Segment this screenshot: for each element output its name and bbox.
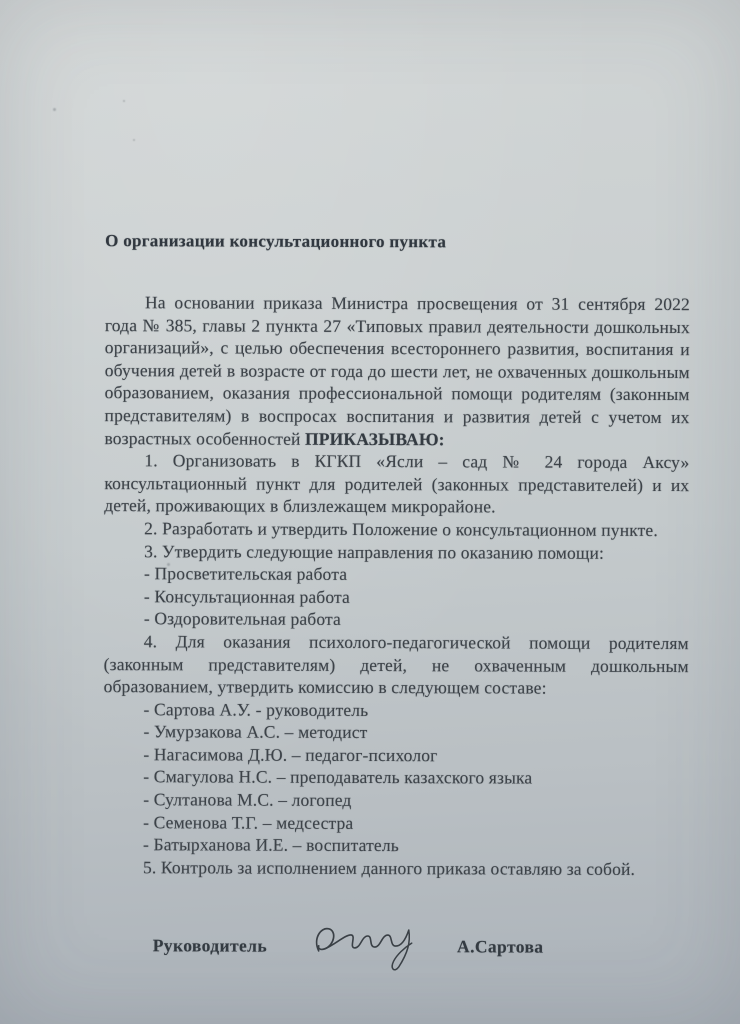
order-item-2: 2. Разработать и утвердить Положение о к… [104, 517, 689, 542]
commission-member-2: - Умурзакова А.С. – методист [103, 720, 688, 745]
paper-speck [167, 563, 170, 566]
paper-speck [123, 100, 125, 102]
commission-member-1: - Сартова А.У. - руководитель [104, 698, 689, 723]
commission-member-7: - Батырханова И.Е. – воспитатель [103, 833, 688, 858]
commission-member-6: - Семенова Т.Г. – медсестра [103, 811, 688, 836]
document-photo: О организации консультационного пункта Н… [0, 0, 740, 1024]
order-item-3: 3. Утвердить следующие направления по ок… [104, 540, 689, 565]
document-title: О организации консультационного пункта [105, 230, 690, 253]
intro-text: На основании приказа Министра просвещени… [104, 292, 690, 448]
order-item-5: 5. Контроль за исполнением данного прика… [103, 856, 688, 881]
order-document: О организации консультационного пункта Н… [0, 0, 740, 979]
commission-member-4: - Смагулова Н.С. – преподаватель казахск… [103, 766, 688, 791]
paper-speck [53, 108, 56, 111]
decree-word: ПРИКАЗЫВАЮ: [305, 428, 445, 448]
signature-role-label: Руководитель [153, 934, 267, 957]
direction-item-1: - Просветительская работа [104, 562, 689, 587]
order-item-4: 4. Для оказания психолого-педагогической… [104, 630, 689, 700]
signature-block: Руководитель А.Сартова [103, 915, 688, 979]
order-item-1: 1. Организовать в КГКП «Ясли – сад № 24 … [104, 449, 689, 519]
handwritten-signature-icon [311, 915, 423, 977]
paper-speck [133, 139, 135, 141]
paper-speck [305, 600, 307, 602]
direction-item-3: - Оздоровительная работа [104, 607, 689, 632]
intro-paragraph: На основании приказа Министра просвещени… [104, 291, 690, 451]
signature-name: А.Сартова [457, 935, 543, 958]
commission-member-5: - Султанова М.С. – логопед [103, 788, 688, 813]
commission-member-3: - Нагасимова Д.Ю. – педагог-психолог [103, 743, 688, 768]
direction-item-2: - Консультационная работа [104, 585, 689, 610]
